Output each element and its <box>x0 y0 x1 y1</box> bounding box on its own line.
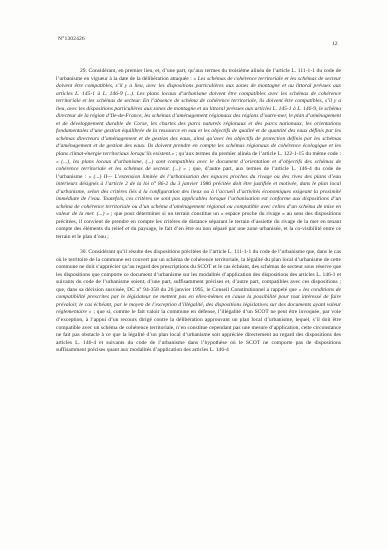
paragraph-30: 30. Considérant qu’il résulte des dispos… <box>56 249 341 355</box>
document-body: 29. Considérant, en premier lieu, et, d’… <box>56 68 341 355</box>
text-segment: ; qu’aux termes du premier alinéa de l’a… <box>174 151 341 157</box>
document-number: N°1302426 <box>58 36 85 42</box>
text-segment: ; que si, comme le fait valoir la commun… <box>56 309 341 353</box>
page-number: 12 <box>332 41 338 47</box>
paragraph-29: 29. Considérant, en premier lieu, et, d’… <box>56 68 341 242</box>
document-page: N°1302426 12 29. Considérant, en premier… <box>0 0 388 550</box>
quotation-segment: « Les schémas de cohérence territoriale … <box>56 76 341 157</box>
